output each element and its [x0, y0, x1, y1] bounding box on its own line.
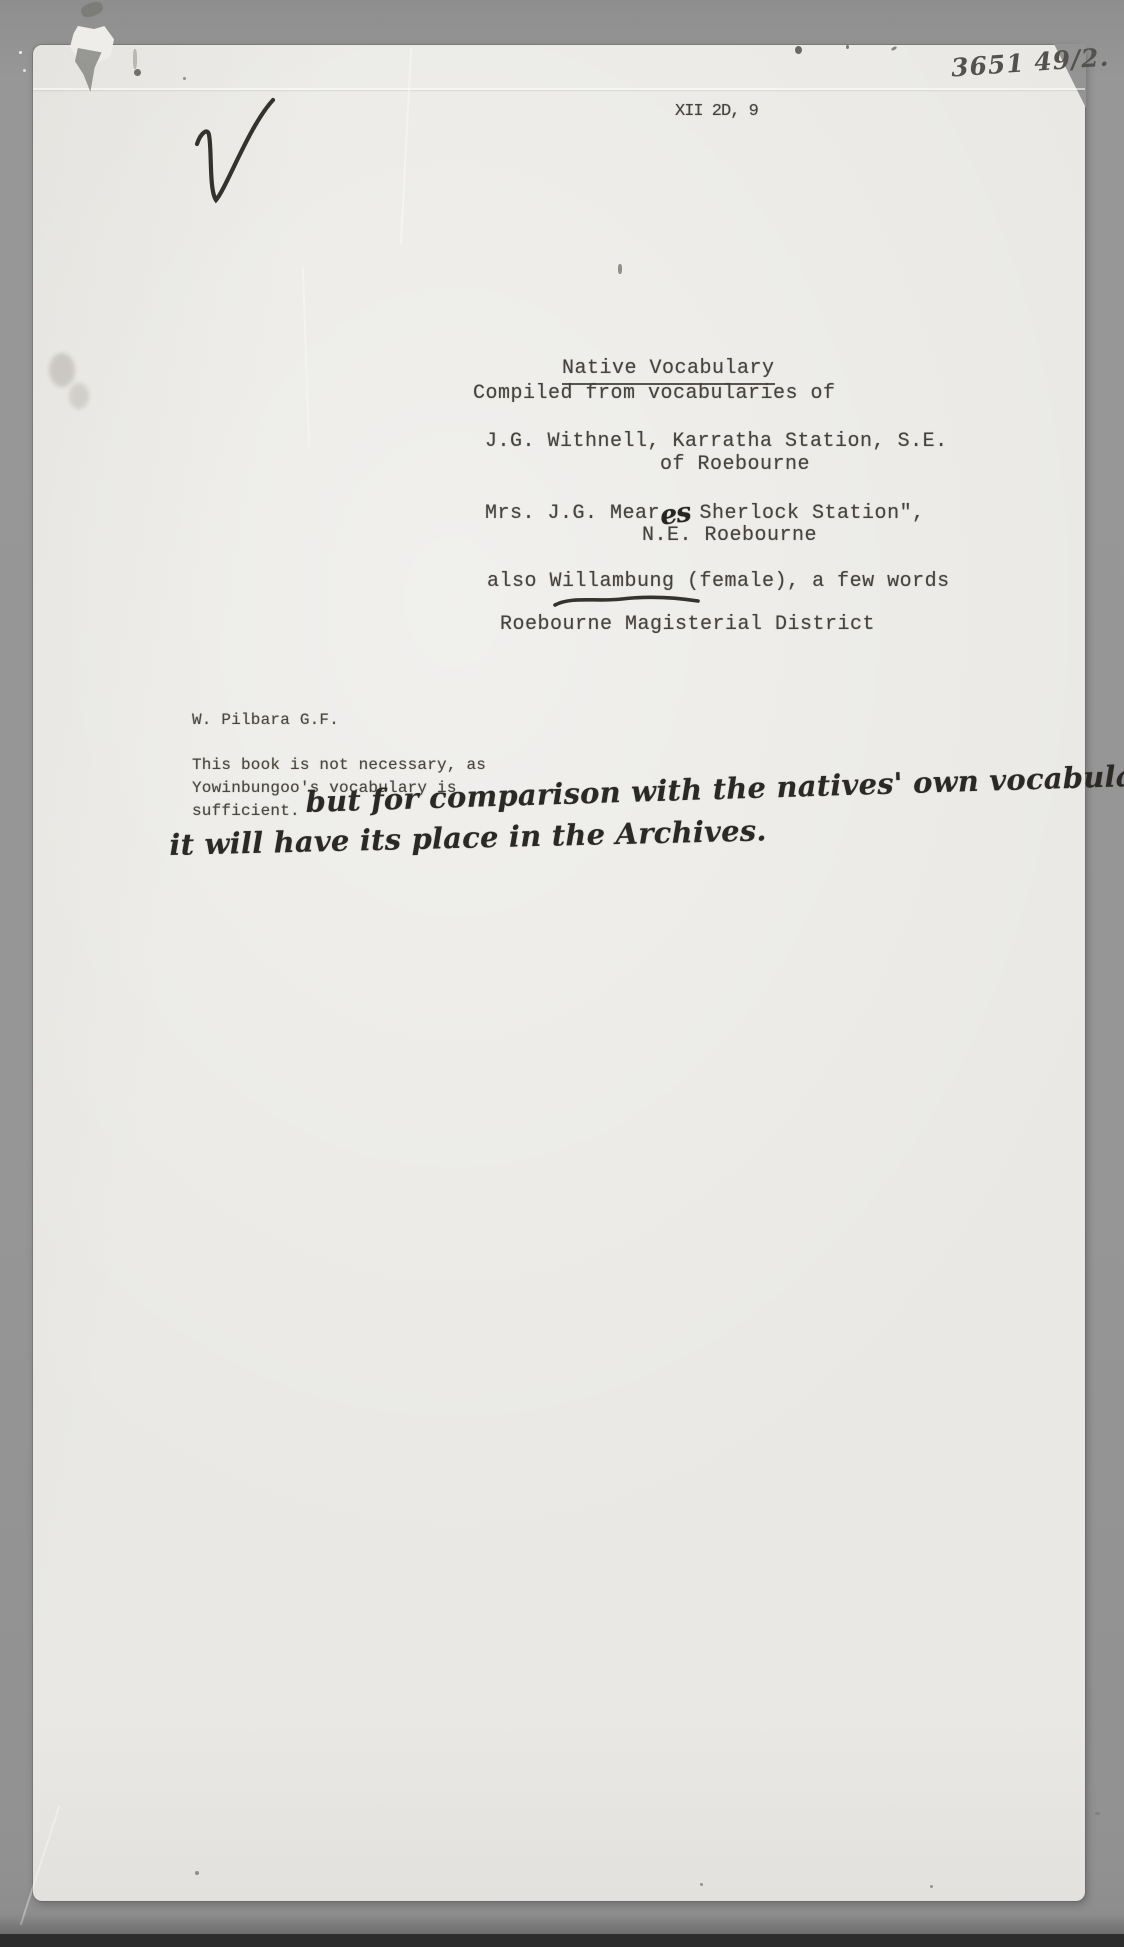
dust-speck: [195, 1871, 199, 1875]
torn-edge: [75, 48, 103, 92]
source-willambung-line: also Willambung (female), a few words: [487, 570, 950, 593]
document-page: XII 2D, 9 Native Vocabulary Compiled fro…: [33, 45, 1085, 1901]
scanner-edge-band: [0, 1914, 1124, 1934]
dust-speck: [133, 49, 137, 69]
source-meares-line2: N.E. Roebourne: [642, 524, 817, 547]
source-withnell-line2: of Roebourne: [660, 453, 810, 476]
classification-code: XII 2D, 9: [675, 100, 758, 123]
dust-speck: [795, 46, 802, 54]
checkmark-icon: [183, 92, 283, 212]
source-meares-line1: Mrs. J.G. Meares Sherlock Station",: [485, 498, 925, 525]
region-code: W. Pilbara G.F.: [192, 709, 339, 731]
typed-note-line1: This book is not necessary, as: [192, 754, 486, 776]
dust-speck: [23, 69, 26, 72]
underlined-name: Willambung: [550, 570, 675, 593]
torn-edge: [79, 0, 104, 19]
dust-speck: [618, 264, 622, 274]
dust-speck: [700, 1883, 703, 1886]
dust-speck: [930, 1885, 933, 1888]
district-line: Roebourne Magisterial District: [500, 613, 875, 636]
paper-crease: [20, 1806, 61, 1926]
dust-speck: [183, 77, 186, 80]
ink-smudge: [49, 353, 75, 387]
dust-speck: [891, 46, 898, 52]
paper-crease: [302, 267, 310, 447]
source-withnell-line1: J.G. Withnell, Karratha Station, S.E.: [485, 430, 948, 453]
scanner-edge-band: [0, 1934, 1124, 1947]
paper-crease: [400, 49, 412, 244]
compiled-line: Compiled from vocabularies of: [473, 382, 836, 405]
typed-note-line3: sufficient.: [192, 800, 300, 822]
scan-background: XII 2D, 9 Native Vocabulary Compiled fro…: [0, 0, 1124, 1947]
dust-speck: [19, 51, 22, 54]
paper-crease: [33, 88, 1085, 90]
ink-smudge: [69, 383, 89, 409]
file-number-annotation: 3651 49/2.: [950, 43, 1110, 83]
dust-speck: [1095, 1812, 1100, 1815]
dust-speck: [846, 45, 849, 49]
handwritten-underline: [552, 593, 702, 609]
dust-speck: [134, 69, 141, 76]
